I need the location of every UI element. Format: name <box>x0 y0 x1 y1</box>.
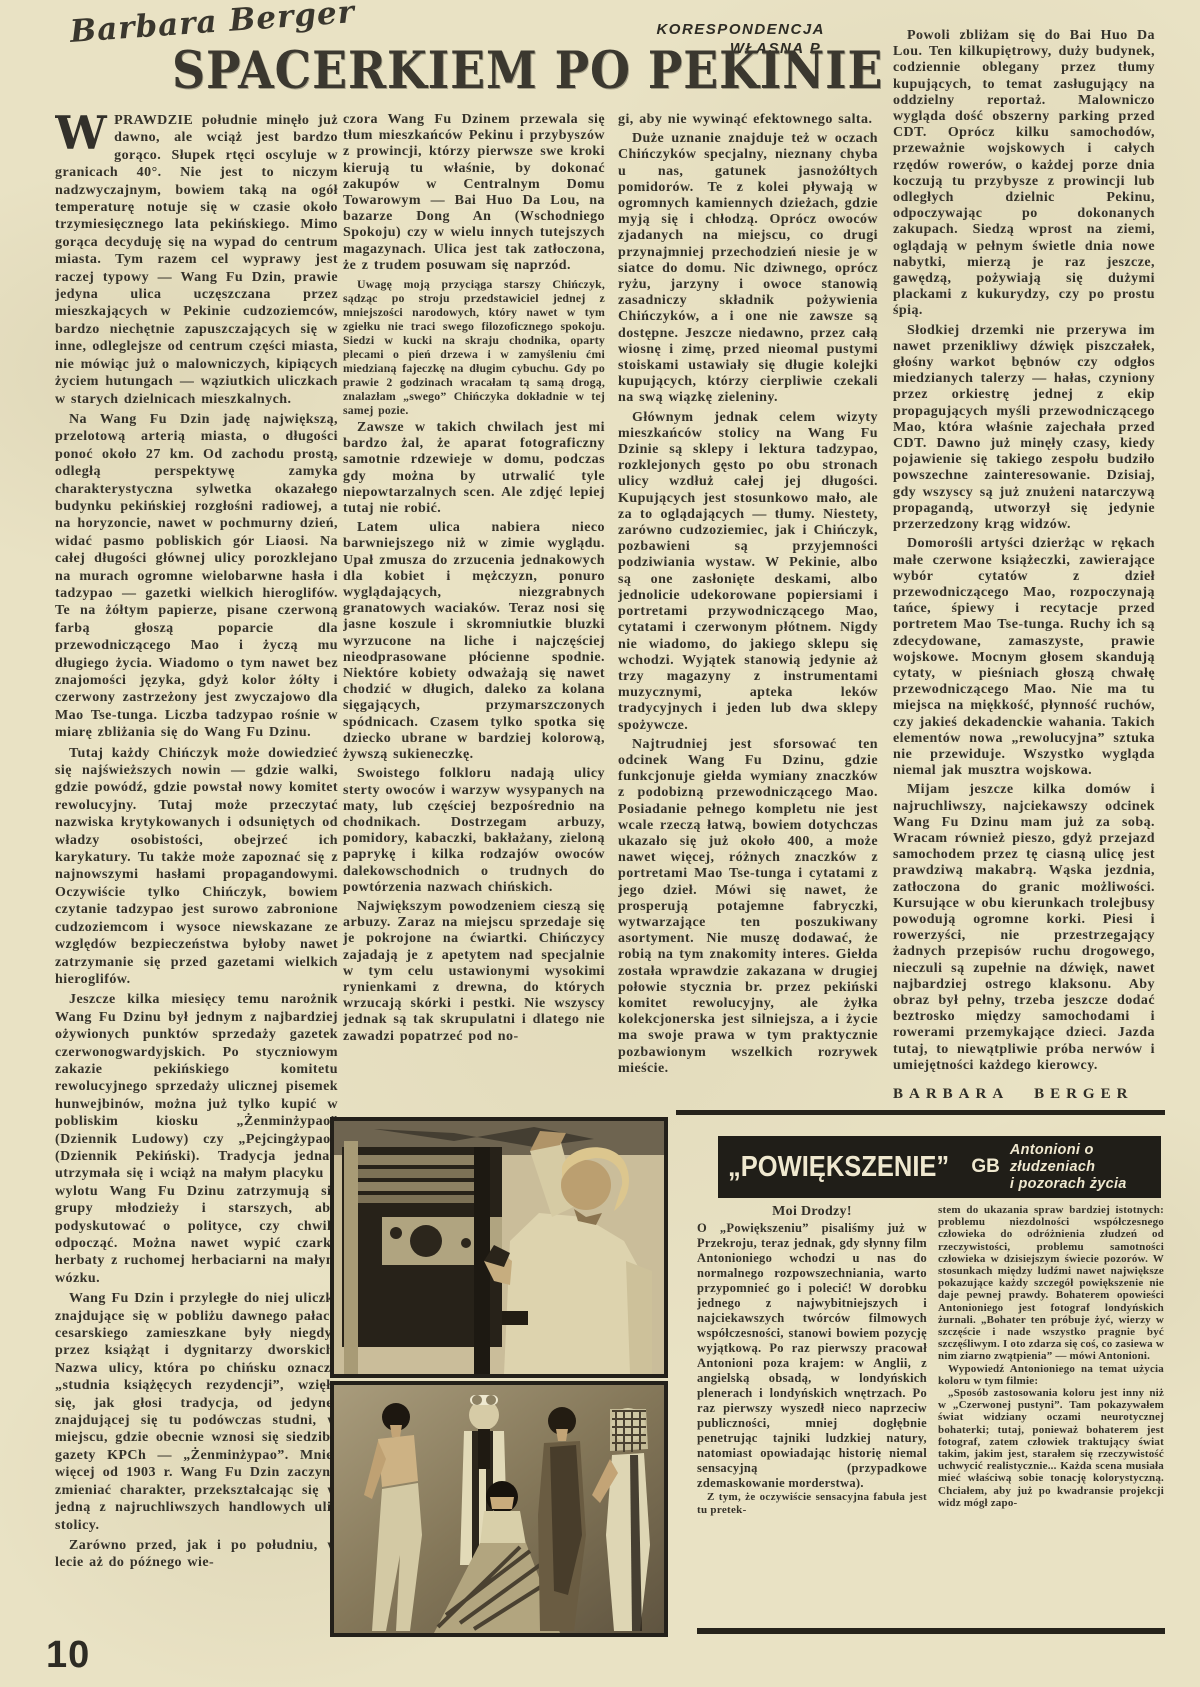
article-column-2: czora Wang Fu Dzinem przewala się tłum m… <box>343 112 605 1108</box>
film-title: „POWIĘKSZENIE” <box>728 1151 949 1184</box>
review-column-1: Moi Drodzy! O „Powiększeniu” pisaliśmy j… <box>697 1204 927 1630</box>
paragraph: czora Wang Fu Dzinem przewala się tłum m… <box>343 112 605 274</box>
article-column-3: gi, aby nie wywinąć efektownego salta. D… <box>618 112 878 1108</box>
bottom-rule <box>697 1628 1165 1634</box>
film-subtitle-line-2: i pozorach życia <box>1010 1176 1151 1193</box>
article-column-1: WPRAWDZIE południe minęło już dawno, ale… <box>55 112 338 1608</box>
paragraph: Wypowiedź Antonioniego na temat użycia k… <box>938 1363 1164 1387</box>
paragraph: Na Wang Fu Dzin jadę największą, przelot… <box>55 411 338 742</box>
paragraph: WPRAWDZIE południe minęło już dawno, ale… <box>55 112 338 408</box>
film-subtitle-line-1: Antonioni o złudzeniach <box>1010 1142 1151 1176</box>
film-still-models-art <box>334 1385 664 1633</box>
paragraph: Mijam jeszcze kilka domów i najruchliwsz… <box>893 782 1155 1074</box>
section-divider-rule <box>676 1110 1165 1115</box>
paragraph: Najtrudniej jest sforsować ten odcinek W… <box>618 737 878 1077</box>
paragraph: Swoistego folkloru nadają ulicy sterty o… <box>343 766 605 896</box>
paragraph: gi, aby nie wywinąć efektownego salta. <box>618 112 878 128</box>
paragraph: Wang Fu Dzin i przyległe do niej uliczki… <box>55 1290 338 1534</box>
paragraph: O „Powiększeniu” pisaliśmy już w Przekro… <box>697 1221 927 1491</box>
paragraph: Powoli zbliżam się do Bai Huo Da Lou. Te… <box>893 28 1155 320</box>
article-column-4: Powoli zbliżam się do Bai Huo Da Lou. Te… <box>893 28 1155 1076</box>
article-byline: BARBARA BERGER <box>893 1086 1155 1103</box>
kicker-line-1: KORESPONDENCJA <box>600 20 825 39</box>
paragraph: „Sposób zastosowania koloru jest inny ni… <box>938 1387 1164 1509</box>
paragraph-small: Uwagę moją przyciąga starszy Chińczyk, s… <box>343 277 605 417</box>
paragraph: Domorośli artyści dzierżąc w rękach małe… <box>893 536 1155 779</box>
paragraph: Głównym jednak celem wizyty mieszkańców … <box>618 410 878 734</box>
paragraph: Zawsze w takich chwilach jest mi bardzo … <box>343 420 605 517</box>
paragraph: Słodkiej drzemki nie przerywa im nawet p… <box>893 323 1155 534</box>
paragraph-small: Z tym, że oczywiście sensacyjna fabuła j… <box>697 1491 927 1516</box>
paragraph: Największym powodzeniem cieszą się arbuz… <box>343 899 605 1045</box>
film-still-photographer-art <box>334 1121 664 1374</box>
paragraph: Duże uznanie znajduje też w oczach Chińc… <box>618 131 878 406</box>
paragraph: Latem ulica nabiera nieco barwniejszego … <box>343 520 605 763</box>
paragraph: Jeszcze kilka miesięcy temu narożnik Wan… <box>55 991 338 1287</box>
page-number: 10 <box>46 1634 90 1677</box>
paragraph: stem do ukazania spraw bardziej istotnyc… <box>938 1204 1164 1363</box>
film-review-header: „POWIĘKSZENIE” GB Antonioni o złudzeniac… <box>718 1136 1161 1198</box>
drop-cap: W <box>55 112 114 153</box>
newspaper-page: Barbara Berger KORESPONDENCJA WŁASNA P. … <box>0 0 1200 1687</box>
review-salutation: Moi Drodzy! <box>697 1204 927 1219</box>
film-still-models <box>330 1381 668 1637</box>
paragraph: Zarówno przed, jak i po południu, w leci… <box>55 1537 338 1572</box>
film-subtitle: Antonioni o złudzeniach i pozorach życia <box>1010 1142 1151 1193</box>
paragraph: Tutaj każdy Chińczyk może dowiedzieć się… <box>55 745 338 989</box>
review-column-2: stem do ukazania spraw bardziej istotnyc… <box>938 1204 1164 1630</box>
film-country-label: GB <box>971 1156 1010 1178</box>
page-title: SPACERKIEM PO PEKINIE <box>172 44 883 98</box>
film-still-photographer <box>330 1117 668 1378</box>
